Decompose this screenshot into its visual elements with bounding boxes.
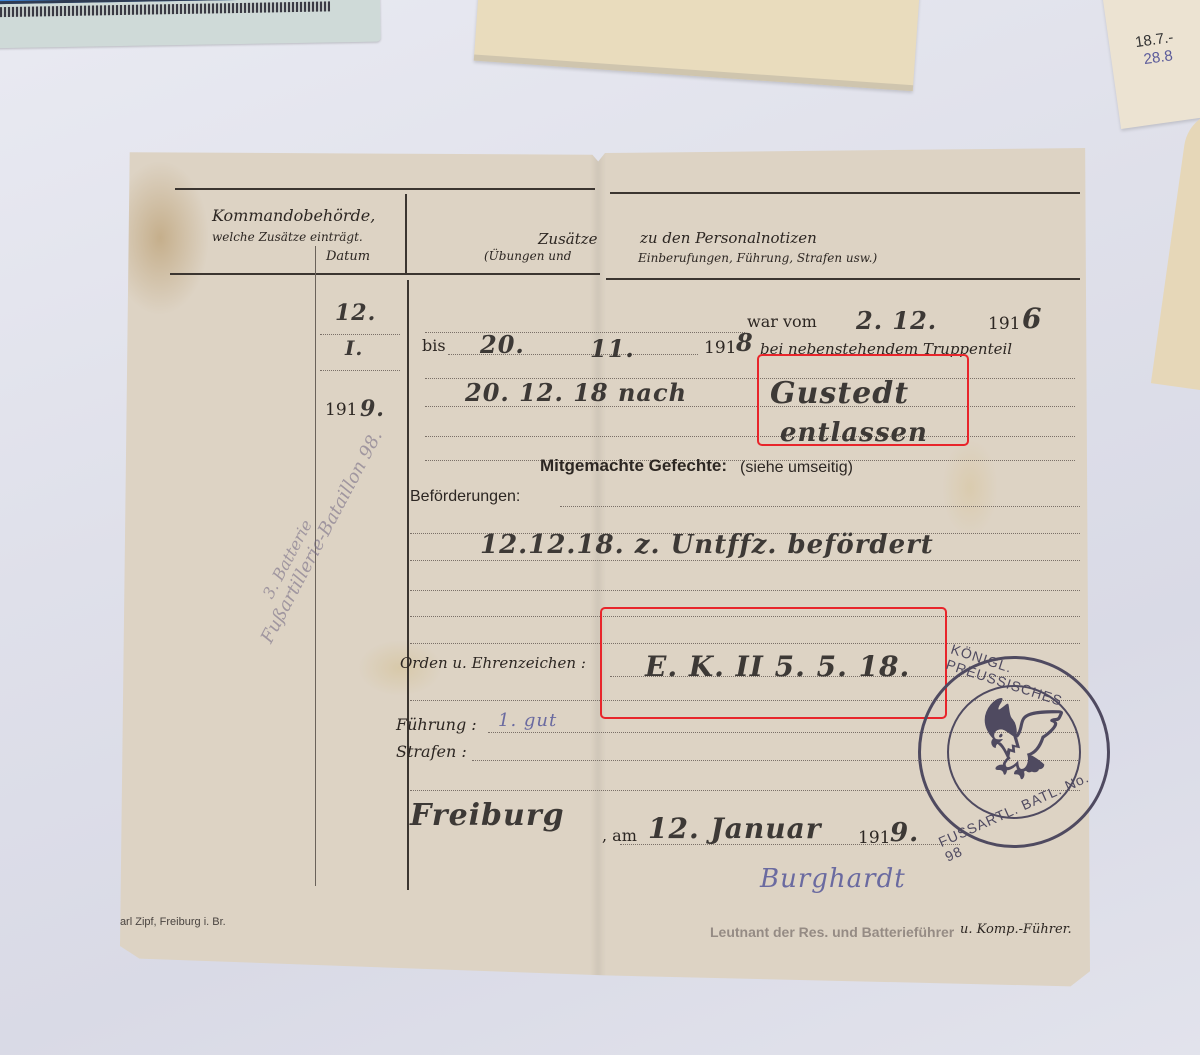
printer-imprint: Carl Zipf, Freiburg i. Br. — [112, 916, 226, 928]
entry-dotline-5 — [425, 436, 1075, 437]
entry-dotline-1 — [425, 332, 745, 333]
background-booklet-top — [474, 0, 922, 91]
header-column-divider — [405, 194, 407, 274]
service-to-month: 11. — [590, 334, 635, 363]
header-bottom-rule-left — [170, 273, 600, 275]
label-conduct: Führung : — [396, 715, 477, 734]
promotions-dotline-1 — [560, 506, 1080, 507]
card-lace-border — [0, 1, 330, 17]
body-column-divider — [407, 280, 409, 890]
promotions-entry: 12.12.18. z. Untffz. befördert — [480, 530, 934, 560]
prussian-seal-stamp: KÖNIGL. PREUSSISCHES 🦅︎ FUSSARTL. BATL. … — [918, 656, 1110, 848]
service-to-year-printed: 191 — [704, 338, 736, 358]
background-booklet-right — [1151, 106, 1200, 394]
header-command-title: Kommandobehörde, — [212, 206, 375, 225]
label-bis: bis — [422, 336, 446, 355]
header-additions-title-right: zu den Personalnotizen — [640, 229, 817, 247]
label-promotions: Beförderungen: — [410, 488, 520, 506]
officer-printed-title: u. Komp.-Führer. — [960, 922, 1072, 937]
header-bottom-rule-right — [606, 278, 1080, 280]
label-am: , am — [602, 826, 637, 845]
military-pass-page: Kommandobehörde, welche Zusätze einträgt… — [120, 148, 1090, 988]
service-to-year-hand: 8 — [736, 328, 754, 357]
header-additions-subtitle-left: (Übungen und — [484, 249, 571, 263]
header-date-label: Datum — [326, 249, 370, 264]
highlight-decorations — [600, 607, 947, 719]
signature-date: 12. Januar — [648, 812, 821, 845]
label-war-vom: war vom — [747, 312, 817, 331]
highlight-discharge-place — [757, 354, 969, 446]
background-note-right: 18.7.- 28.8 — [1100, 0, 1200, 129]
service-to-day: 20. — [480, 330, 525, 359]
service-from-date: 2. 12. — [856, 306, 937, 335]
conduct-entry: 1. gut — [498, 710, 557, 731]
background-card-blue — [0, 0, 381, 48]
date-day: 12. — [335, 300, 376, 326]
promotions-dotline-4 — [410, 590, 1080, 591]
label-penalties: Strafen : — [396, 742, 467, 761]
service-from-year-printed: 191 — [988, 314, 1020, 334]
eagle-icon: 🦅︎ — [973, 699, 1075, 779]
signature-year-printed: 191 — [858, 828, 890, 848]
date-month: I. — [345, 336, 363, 360]
battery-stamp-line2: Fußartillerie-Bataillon 98. — [257, 427, 387, 647]
header-top-rule-right — [610, 192, 1080, 194]
service-from-year-hand: 6 — [1022, 302, 1042, 335]
date-dotline-2 — [320, 370, 400, 371]
service-discharge-date: 20. 12. 18 nach — [465, 378, 687, 407]
signature-place: Freiburg — [410, 798, 565, 833]
officer-rubber-stamp: Leutnant der Res. und Batterieführer — [710, 924, 954, 940]
header-top-rule-left — [175, 188, 595, 190]
header-command-subtitle: welche Zusätze einträgt. — [212, 230, 363, 244]
promotions-dotline-3 — [410, 560, 1080, 561]
battery-stamp: 3. Batterie Fußartillerie-Bataillon 98. — [240, 418, 387, 647]
header-additions-subtitle-right: Einberufungen, Führung, Strafen usw.) — [638, 251, 877, 265]
battles-note: (siehe umseitig) — [740, 459, 853, 477]
officer-signature: Burghardt — [760, 864, 906, 894]
date-dotline-1 — [320, 334, 400, 335]
label-battles: Mitgemachte Gefechte: — [540, 456, 727, 476]
signature-year-hand: 9. — [890, 818, 919, 848]
note-date-2: 28.8 — [1143, 47, 1174, 68]
date-year-printed: 191 — [325, 400, 357, 420]
label-decorations: Orden u. Ehrenzeichen : — [400, 654, 586, 672]
date-year-handwritten: 9. — [360, 396, 385, 422]
header-additions-title-left: Zusätze — [538, 230, 598, 248]
